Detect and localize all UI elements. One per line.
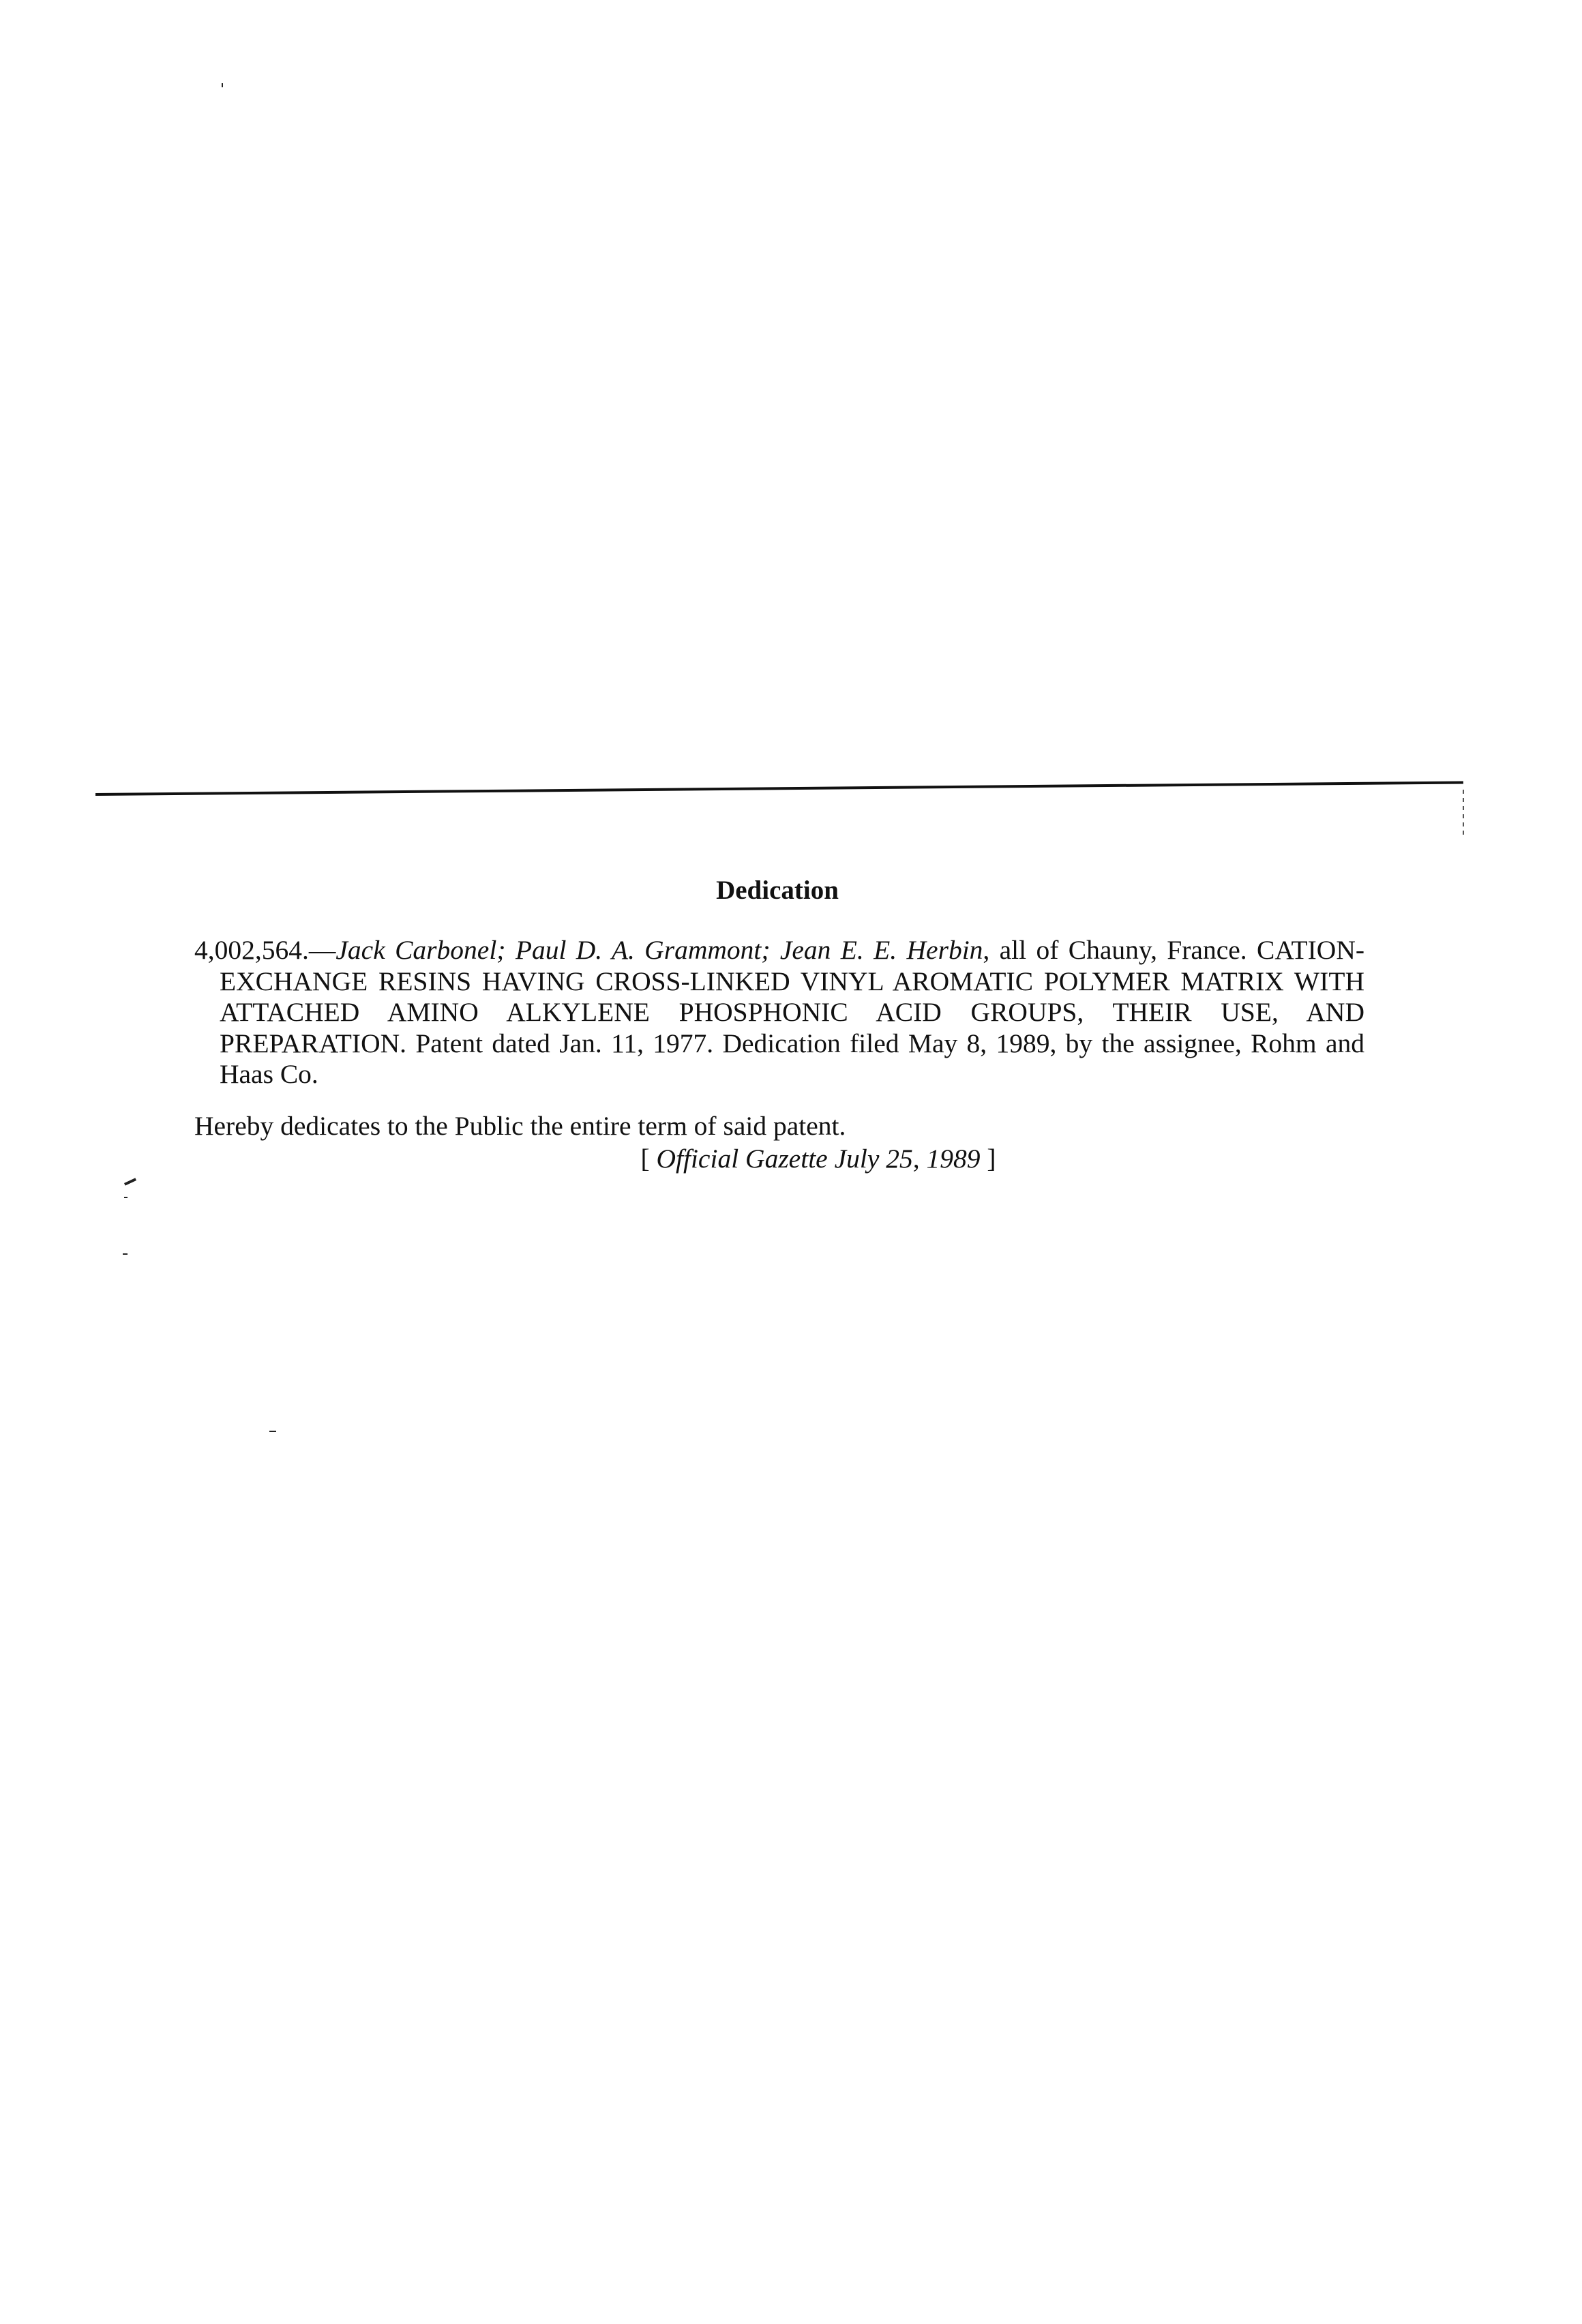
scan-speck [124,1178,136,1185]
dedication-statement: Hereby dedicates to the Public the entir… [194,1110,846,1142]
rule-end-mark [1463,790,1464,837]
dedication-entry: 4,002,564.—Jack Carbonel; Paul D. A. Gra… [194,935,1364,1090]
gazette-citation: [ Official Gazette July 25, 1989 ] [0,1143,1555,1174]
scan-speck [269,1431,276,1432]
inventor-location: , all of Chauny, France. [983,935,1257,965]
citation-source: Official Gazette July 25, 1989 [656,1144,980,1174]
inventor-names: Jack Carbonel; Paul D. A. Grammont; Jean… [335,935,983,965]
horizontal-rule [95,781,1463,796]
section-heading: Dedication [0,874,1555,907]
scan-speck [124,1197,128,1198]
scan-speck [123,1253,128,1255]
em-dash: — [309,935,336,965]
citation-close-bracket: ] [981,1144,996,1174]
scan-speck [222,83,223,87]
citation-open-bracket: [ [640,1144,656,1174]
patent-number: 4,002,564. [194,935,309,965]
patent-date: Patent dated Jan. 11, 1977. [406,1028,713,1058]
